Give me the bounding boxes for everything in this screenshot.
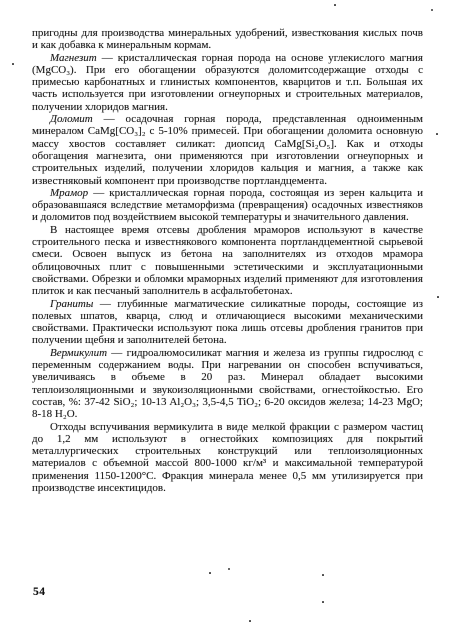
- paragraph-dolomit: Доломит — осадочная горная порода, предс…: [32, 113, 423, 187]
- page-number: 54: [33, 586, 46, 598]
- scan-noise-dot: [249, 620, 251, 622]
- paragraph-lead-term: Доломит: [50, 113, 93, 125]
- paragraph-lead-term: Мрамор: [50, 187, 88, 199]
- paragraph-lead-term: Магнезит: [50, 52, 97, 64]
- paragraph-mramor-use: В настоящее время отсевы дробления мрамо…: [32, 224, 423, 298]
- paragraph-continuation: пригодны для производства минеральных уд…: [32, 27, 423, 52]
- paragraph-mramor: Мрамор — кристаллическая горная порода, …: [32, 187, 423, 224]
- paragraph-lead-term: Граниты: [50, 298, 93, 310]
- scan-noise-dot: [436, 133, 438, 135]
- scanned-book-page: пригодны для производства минеральных уд…: [0, 0, 450, 638]
- paragraph-vermikulit: Вермикулит — гидроалюмосиликат магния и …: [32, 347, 423, 421]
- paragraph-text: Отходы вспучивания вермикулита в виде ме…: [32, 421, 423, 494]
- paragraph-vermikulit-waste: Отходы вспучивания вермикулита в виде ме…: [32, 421, 423, 495]
- scan-noise-dot: [431, 9, 433, 11]
- paragraph-lead-term: Вермикулит: [50, 347, 107, 359]
- paragraph-magnezit: Магнезит — кристаллическая горная порода…: [32, 52, 423, 113]
- paragraph-text: В настоящее время отсевы дробления мрамо…: [32, 224, 423, 297]
- scan-noise-dot: [209, 572, 211, 574]
- scan-noise-dot: [228, 568, 230, 570]
- text-block: пригодны для производства минеральных уд…: [32, 27, 423, 494]
- scan-noise-dot: [322, 601, 324, 603]
- scan-noise-dot: [437, 296, 439, 298]
- paragraph-granity: Граниты — глубинные магматические силика…: [32, 298, 423, 347]
- scan-noise-dot: [322, 574, 324, 576]
- scan-noise-dot: [12, 63, 14, 65]
- scan-noise-dot: [334, 4, 336, 6]
- paragraph-text: пригодны для производства минеральных уд…: [32, 27, 423, 51]
- paragraph-text: — кристаллическая горная порода, состоящ…: [32, 187, 423, 224]
